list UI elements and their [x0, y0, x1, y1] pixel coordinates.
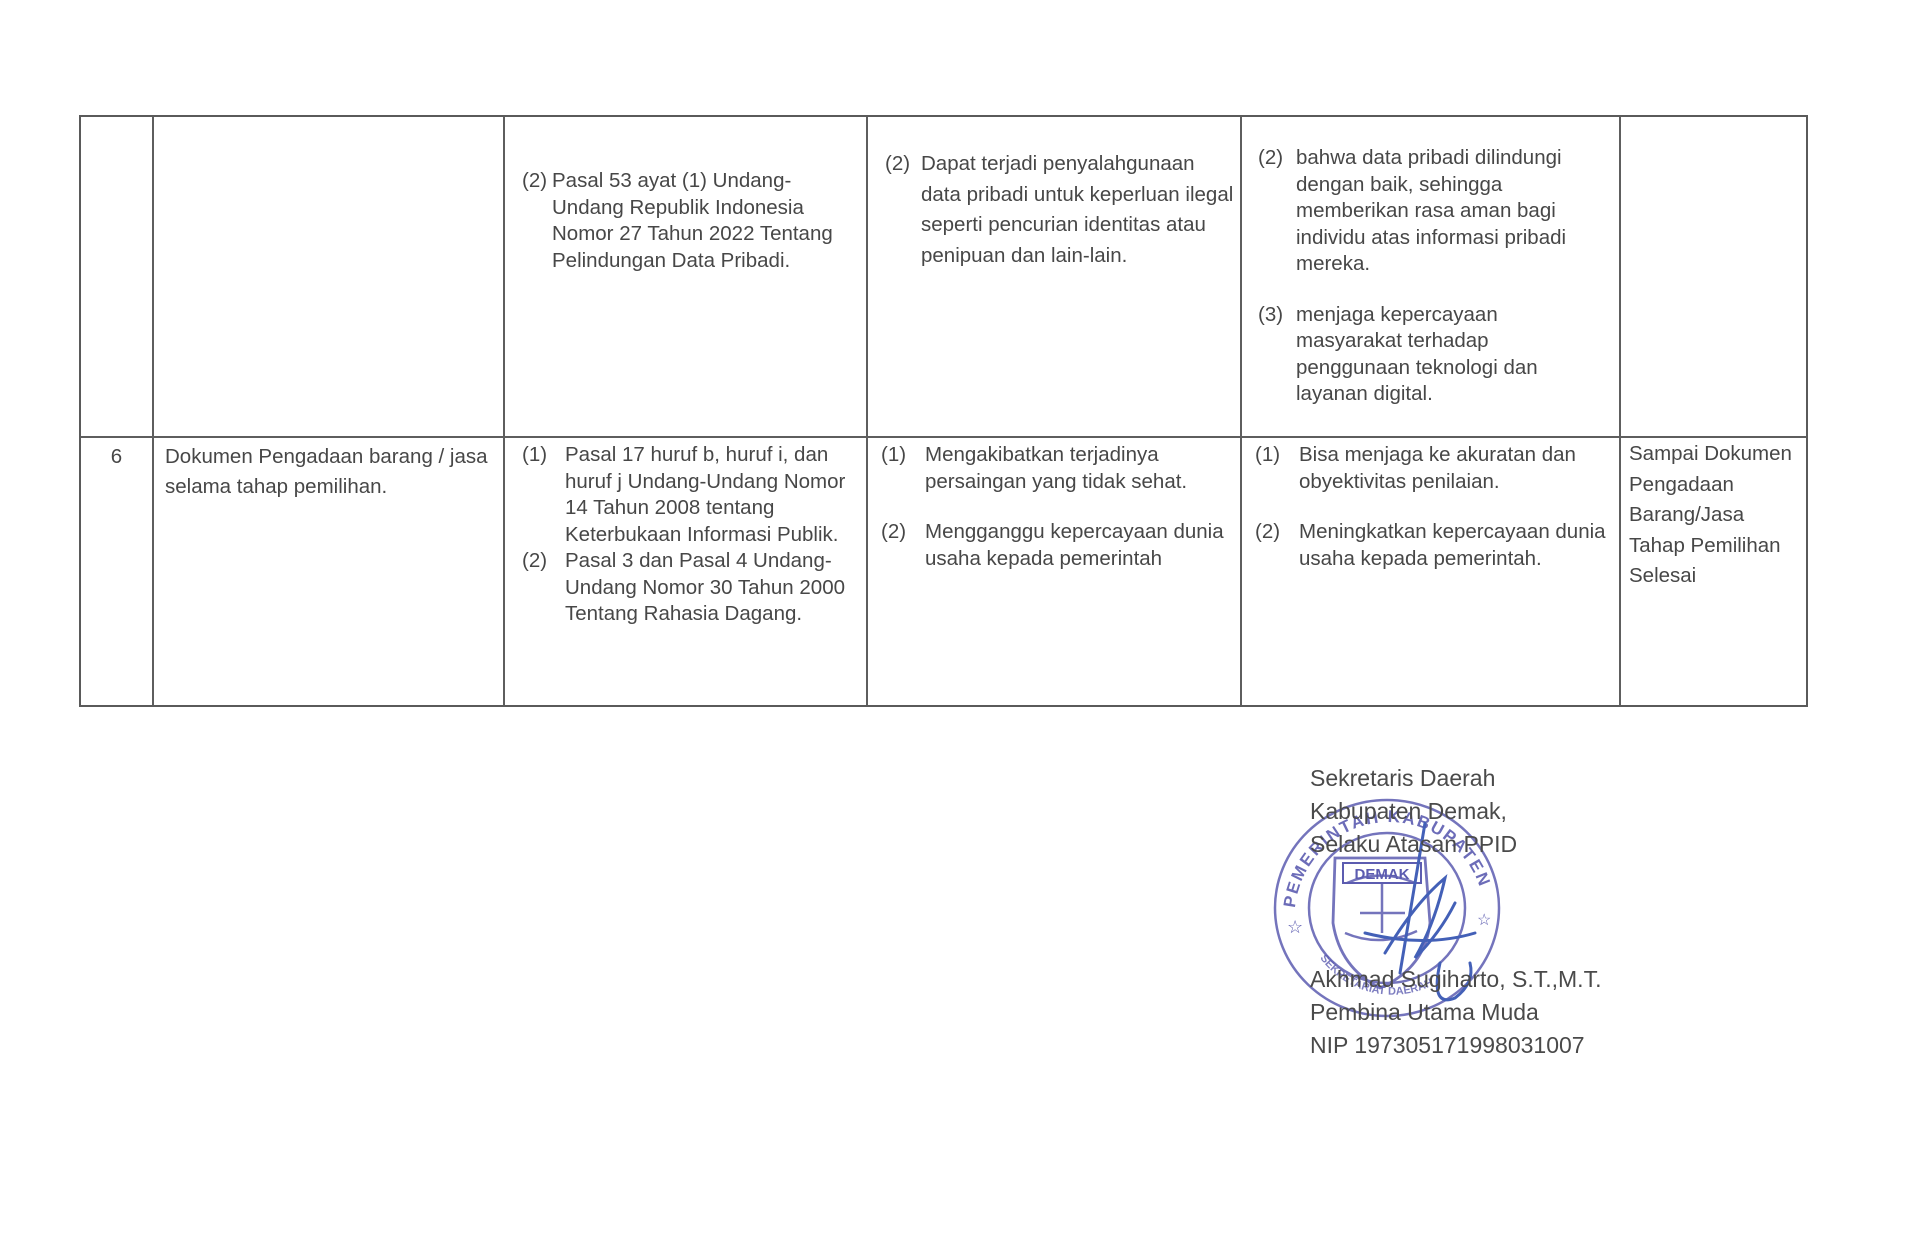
cell-legal-basis: (1) Pasal 17 huruf b, huruf i, dan huruf…: [522, 442, 867, 628]
signer-nip: NIP 197305171998031007: [1310, 1029, 1601, 1062]
column-divider: [1619, 117, 1621, 705]
item-number: (1): [1255, 442, 1299, 495]
svg-text:DEMAK: DEMAK: [1355, 866, 1410, 883]
item-number: (3): [1258, 302, 1296, 408]
exception-table: (2) Pasal 53 ayat (1) Undang-Undang Repu…: [79, 115, 1808, 707]
signature-block-name: Akhmad Sugiharto, S.T.,M.T. Pembina Utam…: [1310, 963, 1601, 1062]
item-text: Mengakibatkan terjadinya persaingan yang…: [925, 442, 1236, 495]
svg-text:☆: ☆: [1477, 912, 1491, 929]
document-page: (2) Pasal 53 ayat (1) Undang-Undang Repu…: [0, 0, 1914, 1239]
cell-consequences-continued: (2) Dapat terjadi penyalahgunaan data pr…: [885, 149, 1235, 271]
item-number: (1): [881, 442, 925, 495]
column-divider: [152, 117, 154, 705]
signer-role: Selaku Atasan PPID: [1310, 828, 1517, 861]
list-item: (2) Meningkatkan kepercayaan dunia usaha…: [1255, 519, 1615, 572]
cell-document-name: Dokumen Pengadaan barang / jasa selama t…: [165, 442, 495, 502]
list-item: (2) Dapat terjadi penyalahgunaan data pr…: [885, 149, 1235, 271]
item-number: (2): [522, 548, 565, 628]
list-item: (2) Pasal 3 dan Pasal 4 Undang-Undang No…: [522, 548, 867, 628]
signature-block-title: Sekretaris Daerah Kabupaten Demak, Selak…: [1310, 762, 1517, 861]
row-divider: [81, 436, 1806, 438]
column-divider: [503, 117, 505, 705]
list-item: (1) Mengakibatkan terjadinya persaingan …: [881, 442, 1236, 495]
signer-position: Sekretaris Daerah: [1310, 762, 1517, 795]
cell-legal-basis-continued: (2) Pasal 53 ayat (1) Undang-Undang Repu…: [522, 168, 862, 274]
item-text: menjaga kepercayaan masyarakat terhadap …: [1296, 302, 1598, 408]
item-number: (2): [885, 149, 921, 271]
list-item: (2) bahwa data pribadi dilindungi dengan…: [1258, 145, 1598, 278]
item-number: (2): [522, 168, 552, 274]
cell-benefits: (1) Bisa menjaga ke akuratan dan obyekti…: [1255, 442, 1615, 572]
item-text: Pasal 17 huruf b, huruf i, dan huruf j U…: [565, 442, 867, 548]
item-text: Pasal 3 dan Pasal 4 Undang-Undang Nomor …: [565, 548, 867, 628]
cell-duration: Sampai Dokumen Pengadaan Barang/Jasa Tah…: [1629, 439, 1805, 592]
svg-text:☆: ☆: [1287, 917, 1303, 937]
signer-institution: Kabupaten Demak,: [1310, 795, 1517, 828]
item-number: (1): [522, 442, 565, 548]
cell-consequences: (1) Mengakibatkan terjadinya persaingan …: [881, 442, 1236, 572]
cell-benefits-continued: (2) bahwa data pribadi dilindungi dengan…: [1258, 145, 1598, 408]
cell-row-number: 6: [81, 442, 152, 472]
list-item: (2) Mengganggu kepercayaan dunia usaha k…: [881, 519, 1236, 572]
signer-name: Akhmad Sugiharto, S.T.,M.T.: [1310, 963, 1601, 996]
list-item: (1) Pasal 17 huruf b, huruf i, dan huruf…: [522, 442, 867, 548]
item-text: Meningkatkan kepercayaan dunia usaha kep…: [1299, 519, 1615, 572]
item-text: Dapat terjadi penyalahgunaan data pribad…: [921, 149, 1235, 271]
list-item: (2) Pasal 53 ayat (1) Undang-Undang Repu…: [522, 168, 862, 274]
item-text: bahwa data pribadi dilindungi dengan bai…: [1296, 145, 1598, 278]
list-item: (1) Bisa menjaga ke akuratan dan obyekti…: [1255, 442, 1615, 495]
item-number: (2): [1255, 519, 1299, 572]
list-item: (3) menjaga kepercayaan masyarakat terha…: [1258, 302, 1598, 408]
item-text: Pasal 53 ayat (1) Undang-Undang Republik…: [552, 168, 862, 274]
item-text: Mengganggu kepercayaan dunia usaha kepad…: [925, 519, 1236, 572]
item-number: (2): [881, 519, 925, 572]
item-text: Bisa menjaga ke akuratan dan obyektivita…: [1299, 442, 1615, 495]
item-number: (2): [1258, 145, 1296, 278]
signer-rank: Pembina Utama Muda: [1310, 996, 1601, 1029]
column-divider: [1240, 117, 1242, 705]
